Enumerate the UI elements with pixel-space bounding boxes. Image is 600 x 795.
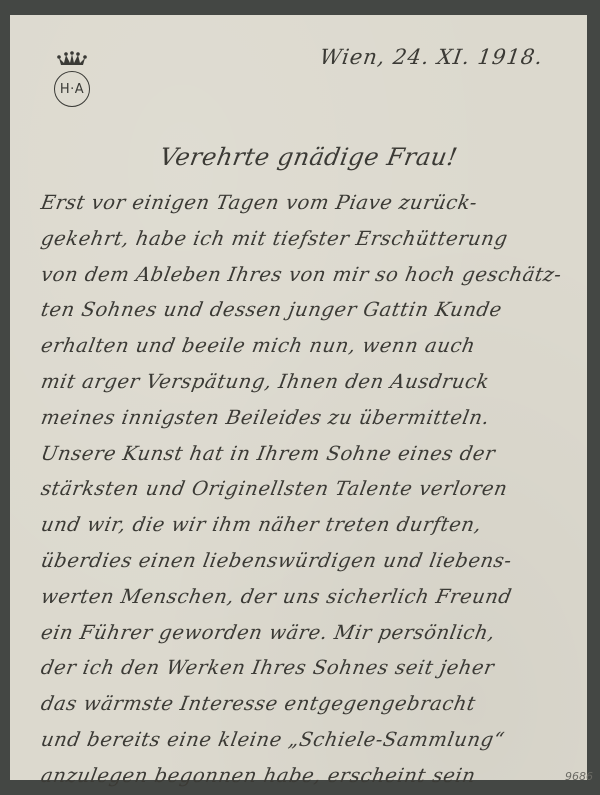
body-line: der ich den Werken Ihres Sohnes seit jeh…	[38, 650, 589, 686]
body-line: ten Sohnes und dessen junger Gattin Kund…	[38, 292, 589, 328]
body-line: werten Menschen, der uns sicherlich Freu…	[38, 579, 589, 615]
letterhead: H·A	[52, 51, 92, 107]
letter-body: Erst vor einigen Tagen vom Piave zurück-…	[38, 185, 583, 794]
monogram-seal: H·A	[54, 71, 90, 107]
body-line: meines innigsten Beileides zu übermittel…	[38, 400, 589, 436]
body-line: erhalten und beeile mich nun, wenn auch	[38, 328, 589, 364]
body-line: von dem Ableben Ihres von mir so hoch ge…	[38, 257, 589, 293]
body-line: überdies einen liebenswürdigen und liebe…	[38, 543, 589, 579]
body-line: und wir, die wir ihm näher treten durfte…	[38, 507, 589, 543]
salutation: Verehrte gnädige Frau!	[158, 143, 460, 171]
body-line: Erst vor einigen Tagen vom Piave zurück-	[38, 185, 589, 221]
crown-icon	[56, 51, 88, 67]
body-line: mit arger Verspätung, Ihnen den Ausdruck	[38, 364, 589, 400]
archive-number: 9686	[565, 770, 593, 783]
letter-paper: H·A Wien, 24. XI. 1918. Verehrte gnädige…	[10, 15, 587, 780]
body-line: ein Führer geworden wäre. Mir persönlich…	[38, 615, 589, 651]
body-line: anzulegen begonnen habe, erscheint sein	[38, 758, 589, 794]
scan-frame: H·A Wien, 24. XI. 1918. Verehrte gnädige…	[0, 0, 600, 795]
body-line: und bereits eine kleine „Schiele-Sammlun…	[38, 722, 589, 758]
body-line: gekehrt, habe ich mit tiefster Erschütte…	[38, 221, 589, 257]
body-line: stärksten und Originellsten Talente verl…	[38, 471, 589, 507]
place-date: Wien, 24. XI. 1918.	[318, 45, 544, 69]
body-line: das wärmste Interesse entgegengebracht	[38, 686, 589, 722]
body-line: Unsere Kunst hat in Ihrem Sohne eines de…	[38, 436, 589, 472]
